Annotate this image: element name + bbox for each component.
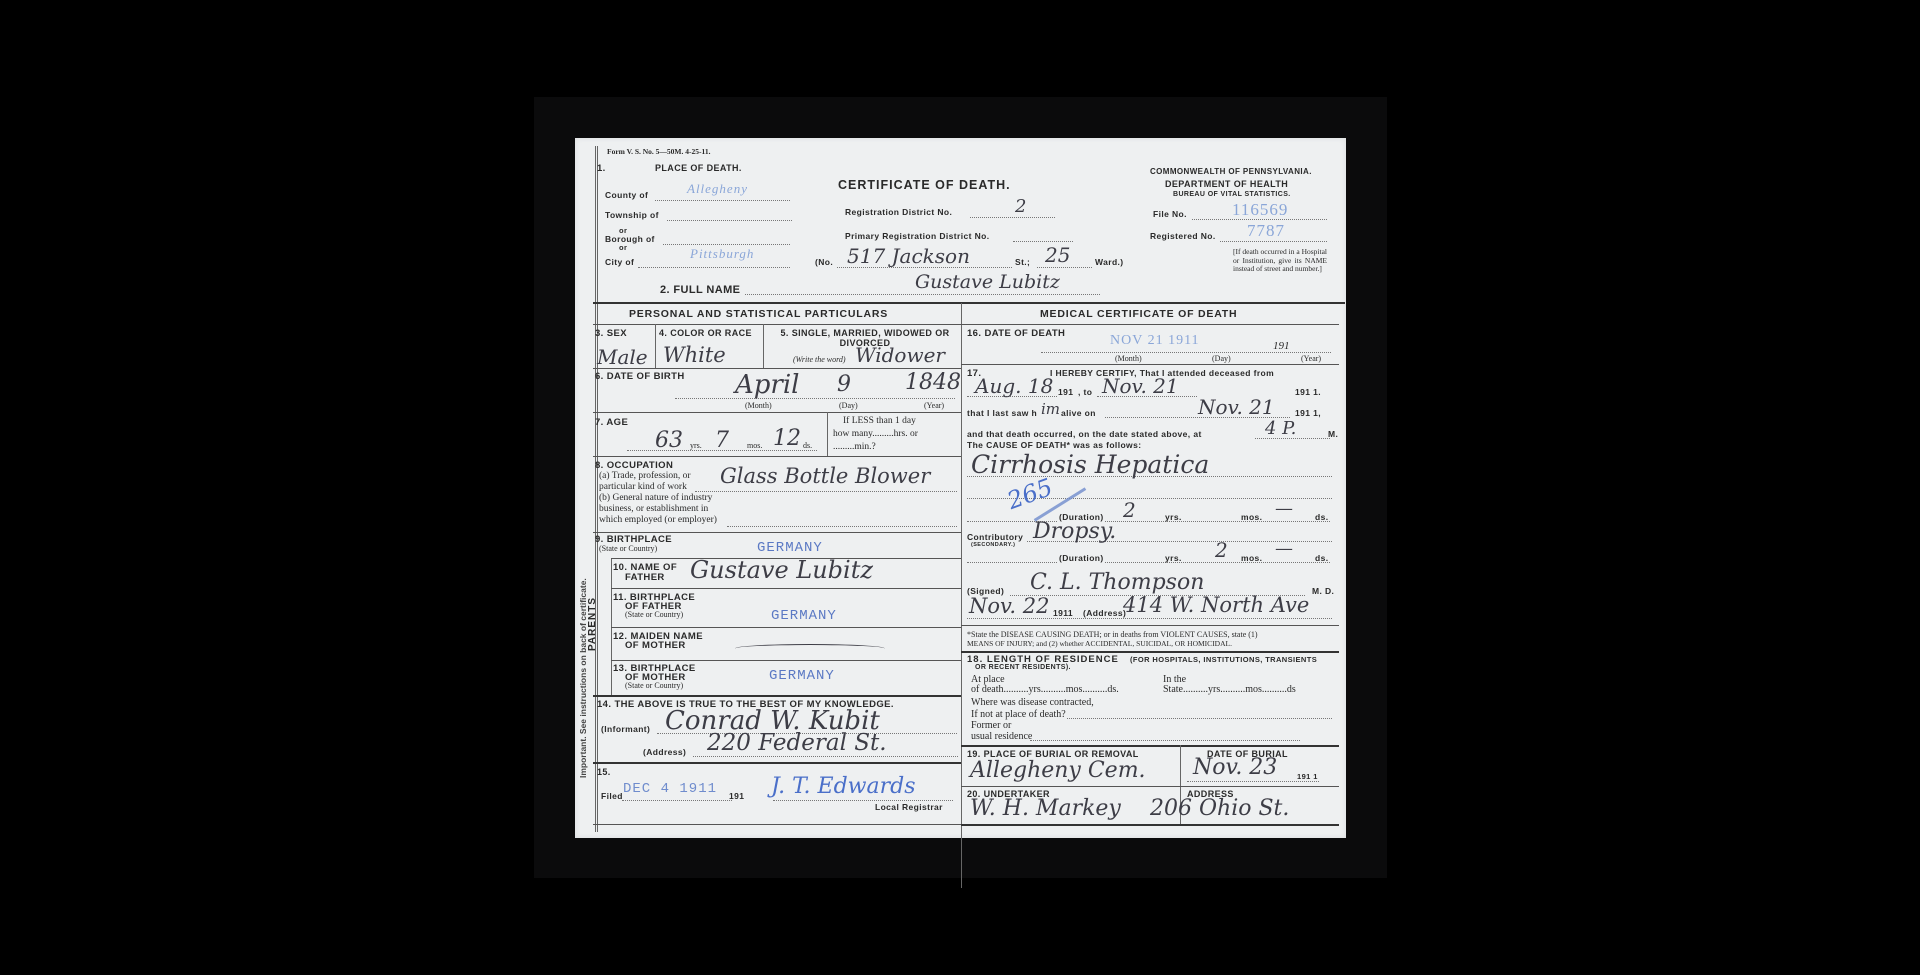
section-1-number: 1. [597,163,606,174]
street-address-value: 517 Jackson [847,244,970,268]
cause-of-death-value: Cirrhosis Hepatica [971,450,1209,479]
ward-value: 25 [1045,243,1070,267]
left-margin-rule [595,146,598,832]
cause-duration-years: 2 [1123,498,1136,522]
last-seen-alive-value: Nov. 21 [1198,395,1275,419]
issuer-line-3: BUREAU OF VITAL STATISTICS. [1173,191,1291,198]
city-label: City of [605,257,634,267]
time-of-death-value: 4 P. [1265,418,1296,439]
dob-month: April [735,370,799,400]
registered-no-value: 7787 [1247,221,1285,241]
contributory-cause-value: Dropsy. [1033,519,1116,544]
burial-date-value: Nov. 23 [1193,755,1277,780]
physician-address-value: 414 W. North Ave [1123,593,1309,617]
issuer-line-2: DEPARTMENT OF HEALTH [1165,179,1288,189]
sex-value: Male [597,345,648,369]
age-days: 12 [773,426,801,451]
marital-status-value: Widower [855,343,945,367]
dob-day: 9 [837,372,851,397]
death-certificate-document: Important. See instructions on back of c… [575,138,1346,838]
parents-label: PARENTS [587,597,598,651]
age-months: 7 [715,428,729,453]
full-name-value: Gustave Lubitz [915,271,1060,293]
contributory-duration-months: 2 [1215,538,1228,562]
attended-from-value: Aug. 18 [975,374,1053,398]
township-label: Township of [605,210,659,220]
column-divider [961,303,962,888]
issuer-line-1: COMMONWEALTH OF PENNSYLVANIA. [1150,167,1312,176]
birthplace-value: GERMANY [757,540,823,556]
county-value: Allegheny [687,181,748,197]
footnote-line-1: *State the DISEASE CAUSING DEATH; or in … [967,630,1258,639]
full-name-label: 2. FULL NAME [660,284,740,296]
mother-birthplace-value: GERMANY [769,668,835,684]
race-value: White [663,343,726,367]
father-birthplace-value: GERMANY [771,608,837,624]
local-registrar-label: Local Registrar [875,802,943,812]
personal-particulars-header: PERSONAL AND STATISTICAL PARTICULARS [629,308,888,320]
hospital-note: [If death occurred in a Hospital or Inst… [1233,248,1327,274]
age-years: 63 [655,428,683,453]
primary-registration-district-label: Primary Registration District No. [845,231,990,241]
physician-signature: C. L. Thompson [1030,570,1204,595]
city-value: Pittsburgh [690,246,754,262]
date-of-death-value: NOV 21 1911 [1110,333,1200,349]
burial-place-value: Allegheny Cem. [970,758,1146,783]
signed-date-value: Nov. 22 [969,594,1049,618]
place-of-death-label: PLACE OF DEATH. [655,163,742,173]
occupation-value: Glass Bottle Blower [720,464,930,488]
registration-district-value: 2 [1015,196,1026,217]
attended-to-value: Nov. 21 [1102,374,1179,398]
file-no-label: File No. [1153,209,1187,219]
county-label: County of [605,190,648,200]
undertaker-address-value: 206 Ohio St. [1150,796,1289,821]
certificate-title: CERTIFICATE OF DEATH. [838,178,1011,192]
form-number: Form V. S. No. 5—50M. 4-25-11. [607,147,710,156]
registered-no-label: Registered No. [1150,231,1216,241]
father-name-value: Gustave Lubitz [690,556,873,584]
informant-address-value: 220 Federal St. [707,730,887,756]
borough-label: Borough of [605,234,655,244]
medical-certificate-header: MEDICAL CERTIFICATE OF DEATH [1040,308,1237,320]
file-no-value: 116569 [1232,200,1288,220]
dob-year: 1848 [905,370,961,395]
undertaker-value: W. H. Markey [970,796,1121,821]
filed-date-value: DEC 4 1911 [623,781,717,797]
footnote-line-2: MEANS OF INJURY; and (2) whether ACCIDEN… [967,639,1232,648]
mother-maiden-name-dash [735,644,885,653]
registrar-signature: J. T. Edwards [771,774,916,799]
registration-district-label: Registration District No. [845,207,952,217]
